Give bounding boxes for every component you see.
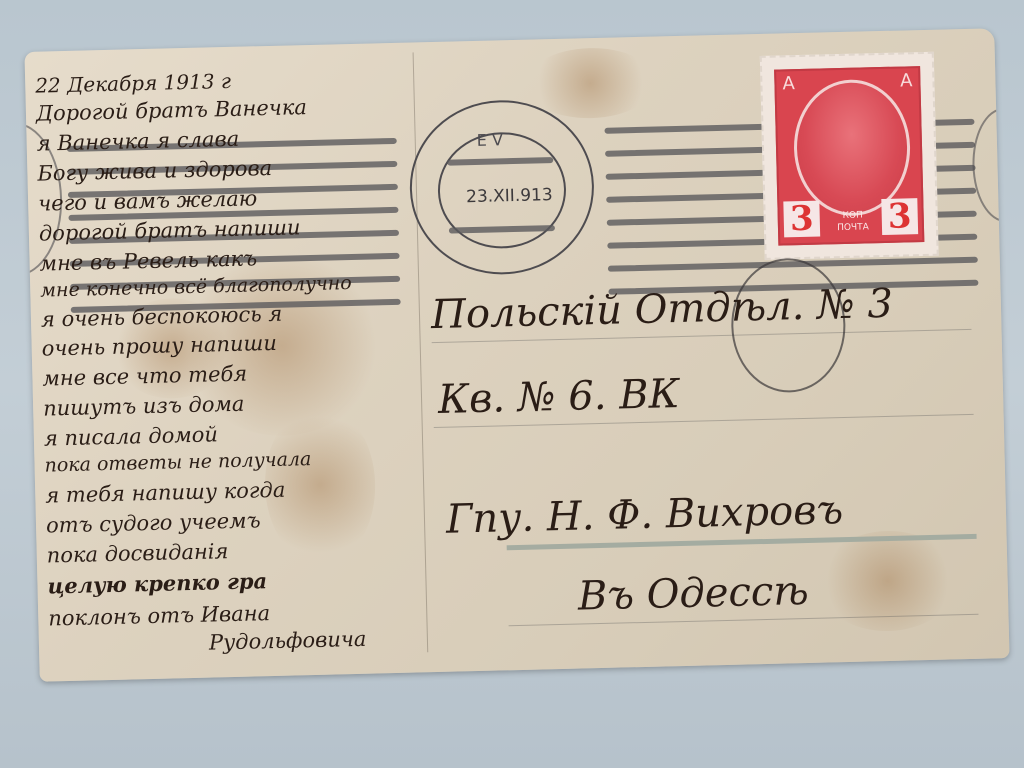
postmark-top-text: Е V	[477, 130, 504, 150]
message-line: поклонъ отъ Ивана	[48, 601, 270, 630]
message-line: я Ванечка я слава	[36, 127, 239, 156]
postage-stamp: А А 3 КОП ПОЧТА 3	[760, 52, 939, 260]
postcard: А А 3 КОП ПОЧТА 3 Е V 23.XII.913 22 Дека…	[24, 28, 1009, 682]
message-line: я писала домой	[44, 422, 219, 450]
stamp-corner-letter: А	[900, 70, 913, 91]
message-line: дорогой братъ напиши	[39, 215, 301, 245]
message-line: Дорогой братъ Ванечка	[36, 95, 307, 126]
stamp-face: А А 3 КОП ПОЧТА 3	[774, 66, 924, 246]
address-line: Въ Одессѣ	[577, 568, 809, 620]
postmark-partial	[971, 107, 1009, 223]
message-line: пока досвиданія	[46, 539, 228, 567]
stamp-label: КОП ПОЧТА	[830, 209, 877, 234]
stamp-value: 3	[881, 198, 918, 235]
message-date: 22 Декабря 1913 г	[35, 69, 231, 98]
stamp-corner-letter: А	[782, 73, 795, 94]
postmark-date: 23.XII.913	[466, 185, 553, 207]
message-line: пишутъ изъ дома	[43, 392, 245, 421]
message-line: Богу жива и здорова	[37, 156, 272, 186]
stamp-value: 3	[783, 201, 820, 238]
message-line: отъ судого учеемъ	[46, 508, 261, 537]
address-line: Гпу. Н. Ф. Вихровъ	[445, 487, 843, 543]
stamp-post-label: ПОЧТА	[830, 221, 876, 234]
message-line: мне все что тебя	[42, 362, 247, 391]
address-line: Кв. № 6. ВК	[438, 371, 681, 423]
message-signature: Рудольфовича	[209, 627, 367, 655]
message-line: целую крепко гра	[47, 568, 267, 598]
stain	[525, 47, 657, 120]
message-line: я тебя напишу когда	[45, 478, 286, 508]
